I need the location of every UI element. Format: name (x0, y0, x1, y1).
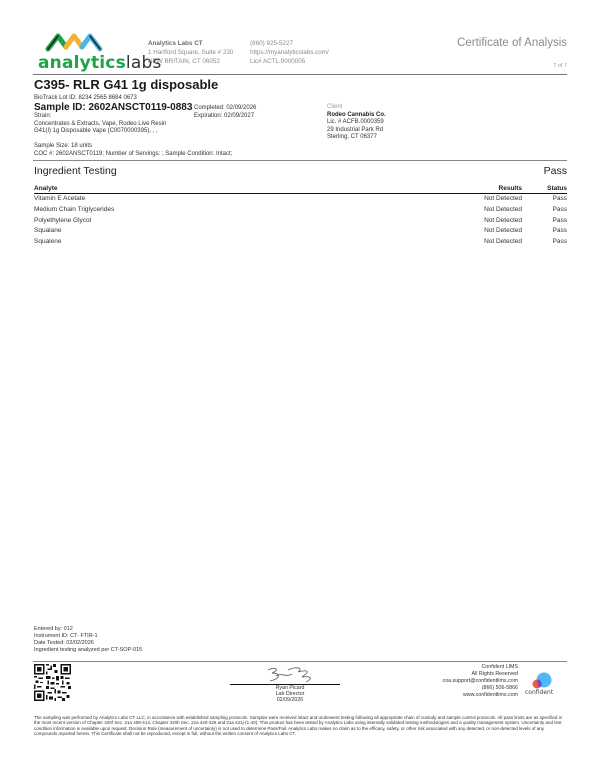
analyte-name: Vitamin E Acetate (34, 195, 85, 202)
client-label: Client (327, 104, 386, 112)
ingredient-table: Analyte Results Status Vitamin E Acetate… (34, 185, 567, 248)
sample-id: Sample ID: 2602ANSCT0119-0883 (34, 102, 192, 113)
expiration-date: Expiration: 02/09/2027 (194, 112, 256, 120)
analyte-status: Pass (553, 238, 567, 245)
lab-name: Analytics Labs CT (148, 39, 233, 48)
lab-website-link[interactable]: https://myanalyticslabs.com/ (250, 48, 329, 57)
coa-page: analyticslabs Analytics Labs CT 1 Hartfo… (0, 0, 602, 778)
analyte-result: Not Detected (484, 206, 522, 213)
test-method: Ingredient testing analyzed per CT-SOP-0… (34, 647, 142, 654)
analyte-name: Squalene (34, 238, 61, 245)
table-row: Polyethylene Glycol Not Detected Pass (34, 216, 567, 227)
instrument-id: Instrument ID: CT- FTIR-1 (34, 633, 142, 640)
lims-info: Confident LIMS All Rights Reserved coa.s… (443, 664, 518, 699)
header-status: Status (547, 185, 567, 192)
signer-block: Ryan Picard Lab Director 02/09/2026 (266, 686, 314, 703)
lims-email-link[interactable]: coa.support@confidentlims.com (443, 678, 518, 685)
mountain-peaks-icon (38, 31, 108, 53)
client-license: Lic. # ACFB.0000359 (327, 119, 386, 127)
header-results: Results (499, 185, 522, 192)
lab-address-line1: 1 Hartford Square, Suite # 230 (148, 48, 233, 57)
test-notes: Entered by: 012 Instrument ID: CT- FTIR-… (34, 626, 142, 654)
strain-line2: G41(I) 1g Disposable Vape (C0070000395),… (34, 128, 194, 136)
table-row: Squalene Not Detected Pass (34, 237, 567, 248)
client-name: Rodeo Cannabis Co. (327, 112, 386, 120)
completed-date: Completed: 02/09/2026 (194, 104, 256, 112)
analyte-name: Medium Chain Triglycerides (34, 206, 114, 213)
strain-info: Strain: Concentrates & Extracts, Vape, R… (34, 113, 194, 136)
analyte-status: Pass (553, 206, 567, 213)
section-divider (33, 160, 567, 161)
table-row: Medium Chain Triglycerides Not Detected … (34, 205, 567, 216)
table-header: Analyte Results Status (34, 185, 567, 194)
ingredient-testing-status: Pass (544, 165, 567, 177)
lab-phone: (860) 925-5227 (250, 39, 329, 48)
coc-info: COC #: 2602ANSCT0119; Number of Servings… (34, 151, 232, 159)
date-tested: Date Tested: 02/02/2026 (34, 640, 142, 647)
table-row: Squalane Not Detected Pass (34, 226, 567, 237)
table-row: Vitamin E Acetate Not Detected Pass (34, 194, 567, 205)
strain-line1: Concentrates & Extracts, Vape, Rodeo Liv… (34, 121, 194, 129)
analyte-result: Not Detected (484, 195, 522, 202)
client-address-line2: Sterling, CT 06377 (327, 134, 386, 142)
strain-label: Strain: (34, 113, 194, 121)
analyte-name: Squalane (34, 227, 61, 234)
analyte-result: Not Detected (484, 227, 522, 234)
lims-phone: (866) 506-5866 (443, 685, 518, 692)
page-number: 7 of 7 (553, 63, 567, 69)
lims-rights: All Rights Reserved (443, 671, 518, 678)
header-analyte: Analyte (34, 185, 57, 192)
analyte-status: Pass (553, 227, 567, 234)
disclaimer-text: The sampling was performed by Analytics … (34, 715, 568, 736)
lab-address-block: Analytics Labs CT 1 Hartford Square, Sui… (148, 39, 233, 66)
lims-name: Confident LIMS (443, 664, 518, 671)
client-block: Client Rodeo Cannabis Co. Lic. # ACFB.00… (327, 104, 386, 142)
analyte-result: Not Detected (484, 217, 522, 224)
header-divider (33, 74, 567, 75)
analyte-result: Not Detected (484, 238, 522, 245)
sample-size-block: Sample Size: 18 units COC #: 2602ANSCT01… (34, 143, 232, 158)
logo-wordmark: analyticslabs (38, 53, 162, 73)
sample-dates: Completed: 02/09/2026 Expiration: 02/09/… (194, 104, 256, 120)
analyte-name: Polyethylene Glycol (34, 217, 91, 224)
client-address-line1: 29 Industrial Park Rd (327, 127, 386, 135)
footer-divider (33, 661, 567, 662)
analytics-labs-logo: analyticslabs (38, 31, 138, 75)
ingredient-testing-title: Ingredient Testing (34, 165, 117, 177)
signature-date: 02/09/2026 (266, 698, 314, 704)
product-title: C395- RLR G41 1g disposable (34, 77, 218, 92)
analyte-status: Pass (553, 217, 567, 224)
biotrack-lot-id: BioTrack Lot ID: 8234 2565 8684 0673 (34, 95, 137, 101)
sample-size: Sample Size: 18 units (34, 143, 232, 151)
analyte-status: Pass (553, 195, 567, 202)
signature-icon (262, 664, 322, 686)
lims-website-link[interactable]: www.confidentlims.com (443, 692, 518, 699)
lab-address-line2: NEW BRITAIN, CT 06052 (148, 57, 233, 66)
lab-contact-block: (860) 925-5227 https://myanalyticslabs.c… (250, 39, 329, 66)
confident-wordmark: confident (525, 689, 553, 696)
document-title: Certificate of Analysis (457, 37, 567, 49)
lab-license: Lic# ACTL.0000005 (250, 57, 329, 66)
qr-code-icon[interactable] (34, 664, 71, 701)
entered-by: Entered by: 012 (34, 626, 142, 633)
